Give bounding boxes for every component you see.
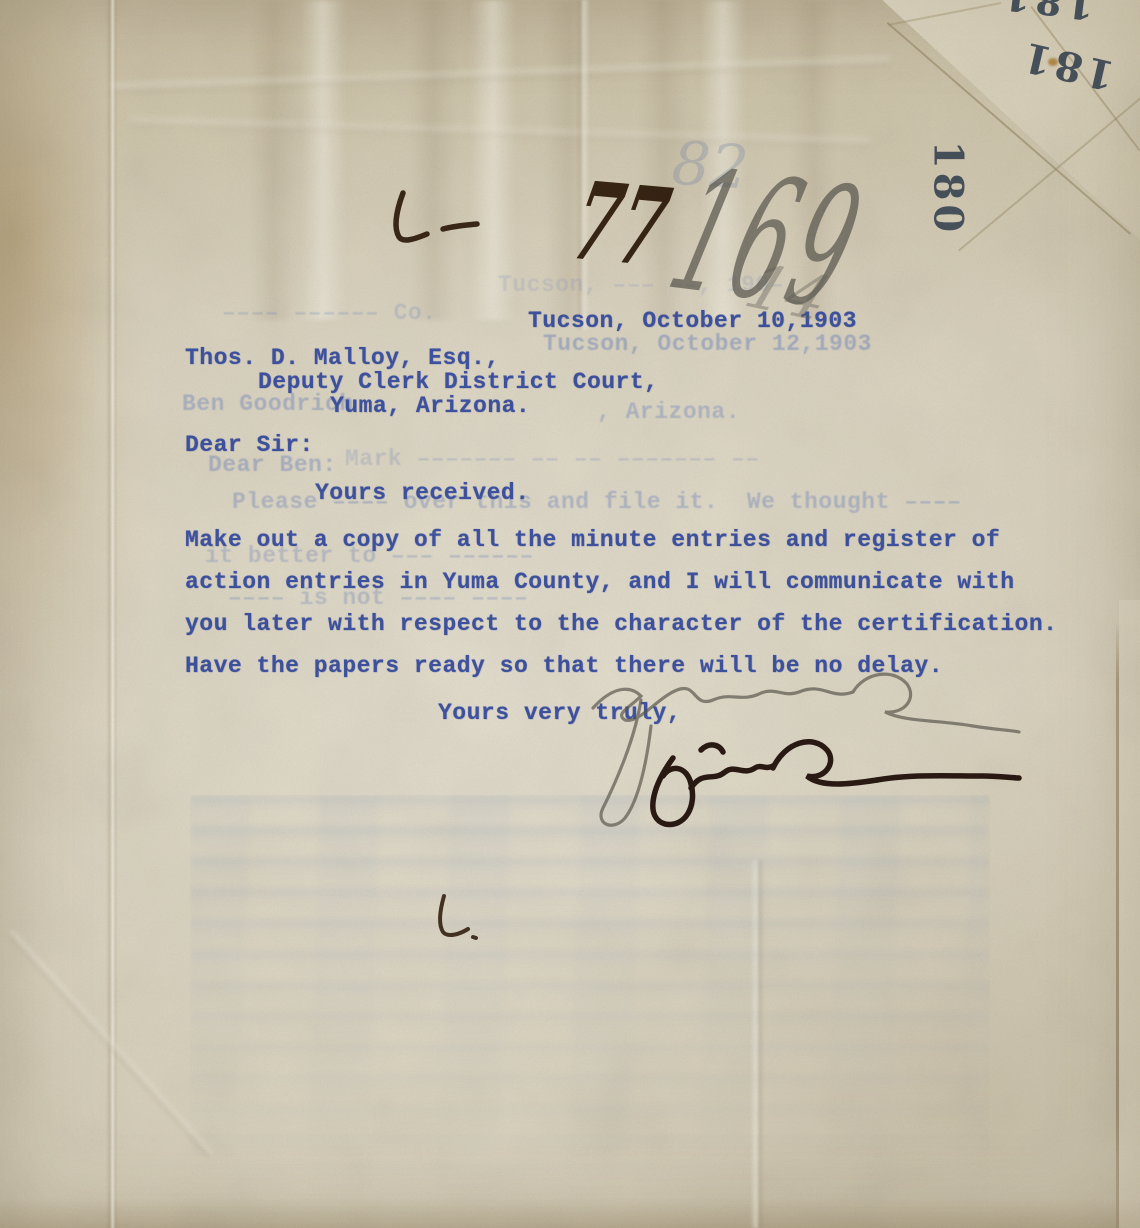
recipient-title: Deputy Clerk District Court, [258,369,658,395]
scanned-letter-page: 180 181 181 –––– –––––– Co. Tucson, ––– … [0,0,1140,1228]
bleed-through-text [190,795,990,1225]
ghost-address-suffix: , Arizona. [597,399,740,425]
vertical-crease [106,0,118,1228]
signature-pencil [593,674,1019,825]
archive-stamp-clipped: 181 [990,0,1105,30]
body-line-1: Make out a copy of all the minute entrie… [185,527,1000,553]
archive-stamp-181: 181 [1008,30,1126,101]
corner-crease [7,930,214,1158]
archive-stamp-180: 180 [925,141,972,237]
ghost-letterhead: –––– –––––– Co. [222,300,437,326]
wrinkle-streak [410,0,456,320]
fold-crease-line [888,2,1001,25]
recipient-place: Yuma, Arizona. [330,393,530,419]
ink-check-mark [383,183,523,258]
ink-tick-mark [428,888,498,958]
signature-ink [653,742,1019,825]
fold-crease-line [958,96,1140,252]
wrinkle-streak [300,0,346,320]
signatures [555,638,1140,858]
ghost-fragment: Mark ––––––– –– –– ––––––– –– [345,446,760,472]
opening-line: Yours received. [315,480,530,506]
wrinkle-streak [250,0,296,320]
body-line-2: action entries in Yuma County, and I wil… [185,569,1015,595]
folded-corner [860,0,1140,260]
salutation: Dear Sir: [185,432,314,458]
body-line-3: you later with respect to the character … [185,611,1057,637]
recipient-name: Thos. D. Malloy, Esq., [185,345,500,371]
